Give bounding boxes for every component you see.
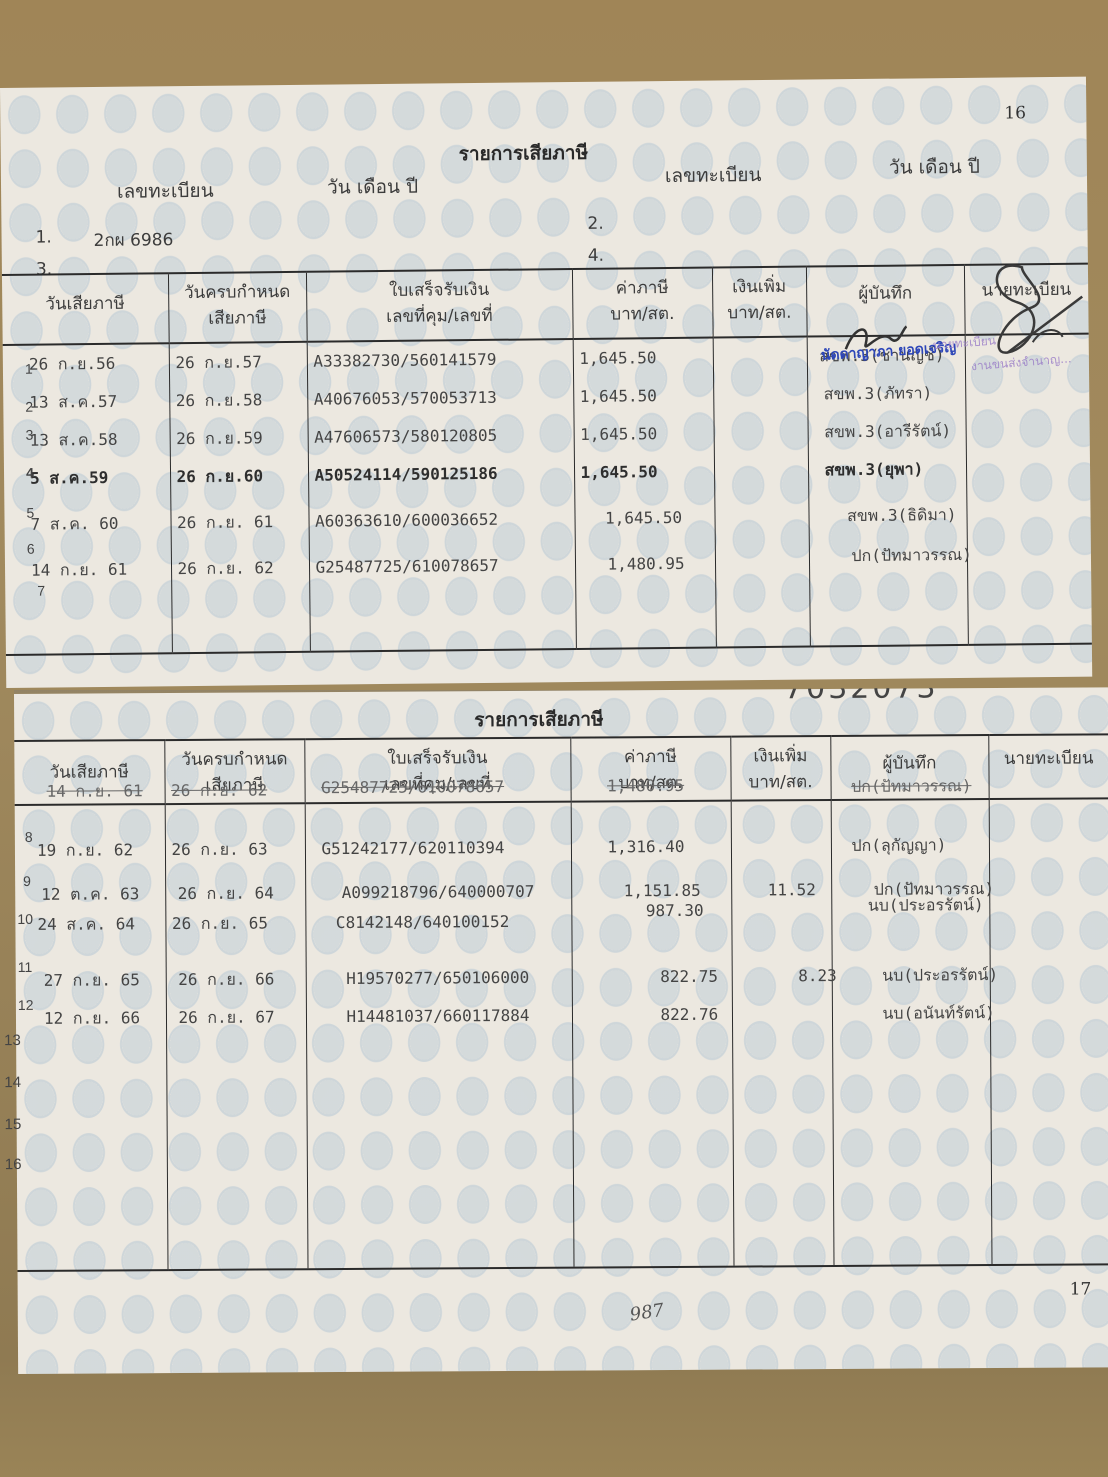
table-row: 126 ก.ย.56 — [29, 344, 163, 383]
col-surcharge: เงินเพิ่มบาท/สต. — [712, 267, 807, 338]
receipt-number: H19570277/650106000 — [312, 959, 565, 999]
tax-amount: 1,480.95 — [581, 545, 708, 584]
tax-record-table: วันเสียภาษี วันครบกำหนดเสียภาษี ใบเสร็จร… — [2, 263, 1092, 656]
col-registrar: นายทะเบียน — [988, 734, 1108, 799]
section-title: รายการเสียภาษี — [474, 704, 604, 735]
handwritten-note: 987 — [628, 1300, 665, 1326]
table-row: 1127 ก.ย. 65 — [38, 961, 160, 1000]
registrar-cells — [989, 798, 1108, 1265]
receipt-number: A60363610/600036652 — [315, 500, 568, 541]
row-number: 16 — [5, 1156, 22, 1173]
recorder-name: สขพ.3(ภัทรา) — [814, 374, 959, 414]
struck-tax: 1,480.95 — [607, 776, 684, 795]
col-due-date: วันครบกำหนดเสียภาษี — [168, 272, 307, 343]
surcharge-cells: 11.52 8.23 — [731, 800, 834, 1267]
table-row: 819 ก.ย. 62 — [37, 831, 159, 870]
receipt-number: C8142148/640100152 — [312, 903, 565, 943]
due-date: 26 ก.ย.60 — [176, 457, 301, 496]
row-number: 14 — [4, 1074, 21, 1091]
paid-date-cells: 126 ก.ย.56 213 ส.ค.57 313 ส.ค.58 45 ส.ค.… — [3, 343, 172, 655]
due-date: 26 ก.ย.59 — [176, 419, 301, 458]
col-receipt: ใบเสร็จรับเงินเลขที่คุม/เลขที่ — [306, 269, 573, 342]
reg-index-1: 1. — [35, 227, 51, 247]
row-number: 15 — [5, 1116, 22, 1133]
table-body: 14 ก.ย. 61 819 ก.ย. 62 912 ต.ค. 63 1024 … — [15, 798, 1108, 1271]
tax-amount: 1,316.40 — [577, 828, 724, 867]
receipt-cells: G25487725/610078657 G51242177/620110394 … — [305, 802, 574, 1270]
struck-receipt: G25487725/610078657 — [321, 777, 504, 797]
recorder-name: ปก(ลุกัญญา) — [837, 826, 982, 865]
table-row: 614 ก.ย. 617 — [31, 550, 165, 589]
surcharge-amount: 8.23 — [738, 957, 825, 996]
col-tax: ค่าภาษีบาท/สต. — [572, 268, 713, 339]
due-date: 26 ก.ย. 66 — [172, 960, 299, 999]
tax-amount: 987.30 — [578, 892, 725, 931]
recorder-name: สขพ.3(ธิดิมา) — [815, 496, 960, 536]
reg-index-2: 2. — [587, 214, 603, 234]
table-row: 1024 ส.ค. 64 — [37, 905, 159, 944]
receipt-number: H14481037/660117884 — [312, 997, 565, 1037]
receipt-number: G51242177/620110394 — [311, 829, 564, 869]
struck-due-date: 26 ก.ย. 62 — [171, 778, 267, 804]
tax-cells: 1,480.95 1,316.40 1,151.85 987.30 822.75… — [571, 801, 734, 1268]
tax-amount: 1,645.50 — [581, 499, 708, 538]
table-row: 45 ส.ค.59 — [30, 458, 164, 497]
receipt-number: A33382730/560141579 — [313, 340, 566, 381]
plate-label-left: เลขทะเบียน — [117, 176, 214, 207]
registrar-cells — [965, 334, 1092, 645]
date-label-left: วัน เดือน ปี — [327, 172, 418, 203]
recorder-name: ปก(ปัทมาวรรณ) — [815, 536, 960, 576]
due-date-cells: 26 ก.ย. 62 26 ก.ย. 63 26 ก.ย. 64 26 ก.ย.… — [165, 803, 308, 1270]
due-date: 26 ก.ย. 61 — [177, 503, 302, 542]
plate-label-right: เลขทะเบียน — [665, 160, 762, 191]
table-body: 126 ก.ย.56 213 ส.ค.57 313 ส.ค.58 45 ส.ค.… — [3, 334, 1092, 655]
table-row: 1212 ก.ย. 66 — [38, 999, 160, 1038]
recorder-name: นบ(ประอรรัตน์) — [838, 886, 983, 925]
struck-recorder: ปก(ปัทมาวรรณ) — [851, 774, 972, 800]
page-16: 16 รายการเสียภาษี เลขทะเบียน วัน เดือน ป… — [0, 77, 1092, 688]
registrar-signature-icon — [962, 257, 1093, 368]
due-date: 26 ก.ย. 63 — [171, 830, 298, 869]
surcharge-cells — [713, 337, 810, 648]
tax-amount: 1,645.50 — [579, 339, 706, 378]
tax-amount: 822.75 — [578, 958, 725, 997]
recorder-name: นบ(อนันท์รัตน์) — [838, 994, 983, 1033]
recorder-name: สขพ.3(อารีรัตน์) — [814, 412, 959, 452]
tax-amount: 1,645.50 — [580, 453, 707, 492]
reg-plate-1: 2กผ 6986 — [93, 226, 173, 254]
page-number: 17 — [1070, 1279, 1092, 1299]
row-number: 13 — [4, 1032, 21, 1049]
page-number: 16 — [1004, 103, 1026, 123]
table-row: 313 ส.ค.58 — [29, 420, 163, 459]
paid-date-cells: 14 ก.ย. 61 819 ก.ย. 62 912 ต.ค. 63 1024 … — [15, 804, 168, 1271]
date-label-right: วัน เดือน ปี — [889, 152, 980, 183]
recorder-signature-icon — [840, 318, 910, 359]
recorder-cells: สขพ.3(ชานญช์) สขพ.3(ภัทรา) สขพ.3(อารีรัต… — [807, 335, 968, 647]
receipt-number: A50524114/590125186 — [314, 454, 567, 495]
due-date: 26 ก.ย. 65 — [172, 904, 299, 943]
col-surcharge: เงินเพิ่มบาท/สต. — [730, 736, 830, 801]
receipt-number: G25487725/610078657 — [315, 546, 568, 587]
due-date: 26 ก.ย.57 — [175, 343, 300, 382]
reg-index-4: 4. — [588, 246, 604, 266]
due-date: 26 ก.ย.58 — [176, 381, 301, 420]
tax-amount: 822.76 — [578, 996, 725, 1035]
recorder-name: นบ(ประอรรัตน์) — [838, 956, 983, 995]
tax-amount: 1,645.50 — [580, 377, 707, 416]
tax-amount: 1,645.50 — [580, 415, 707, 454]
struck-row: 14 ก.ย. 61 — [47, 779, 143, 805]
col-paid-date: วันเสียภาษี — [2, 273, 169, 345]
table-row: 57 ส.ค. 60 — [30, 504, 164, 543]
due-date: 26 ก.ย. 67 — [172, 998, 299, 1037]
tax-cells: 1,645.50 1,645.50 1,645.50 1,645.50 1,64… — [573, 338, 716, 649]
receipt-cells: A33382730/560141579 A40676053/570053713 … — [307, 339, 576, 652]
page-17: 7032073 รายการเสียภาษี วันเสียภาษี วันคร… — [14, 687, 1108, 1374]
recorder-name: สขพ.3(ยุพา) — [814, 450, 959, 490]
due-date-cells: 26 ก.ย.57 26 ก.ย.58 26 ก.ย.59 26 ก.ย.60 … — [169, 342, 310, 653]
receipt-number: A47606573/580120805 — [314, 416, 567, 457]
section-title: รายการเสียภาษี — [459, 138, 589, 169]
table-header-row: วันเสียภาษี วันครบกำหนดเสียภาษี ใบเสร็จร… — [2, 264, 1089, 345]
due-date: 26 ก.ย. 62 — [177, 549, 302, 588]
tax-record-table: วันเสียภาษี วันครบกำหนดเสียภาษี ใบเสร็จร… — [14, 733, 1108, 1272]
recorder-cells: ปก(ปัทมาวรรณ) ปก(ลุกัญญา) ปก(ปัทมาวรรณ) … — [831, 799, 992, 1266]
receipt-number: A40676053/570053713 — [314, 378, 567, 419]
table-row: 213 ส.ค.57 — [29, 382, 163, 421]
